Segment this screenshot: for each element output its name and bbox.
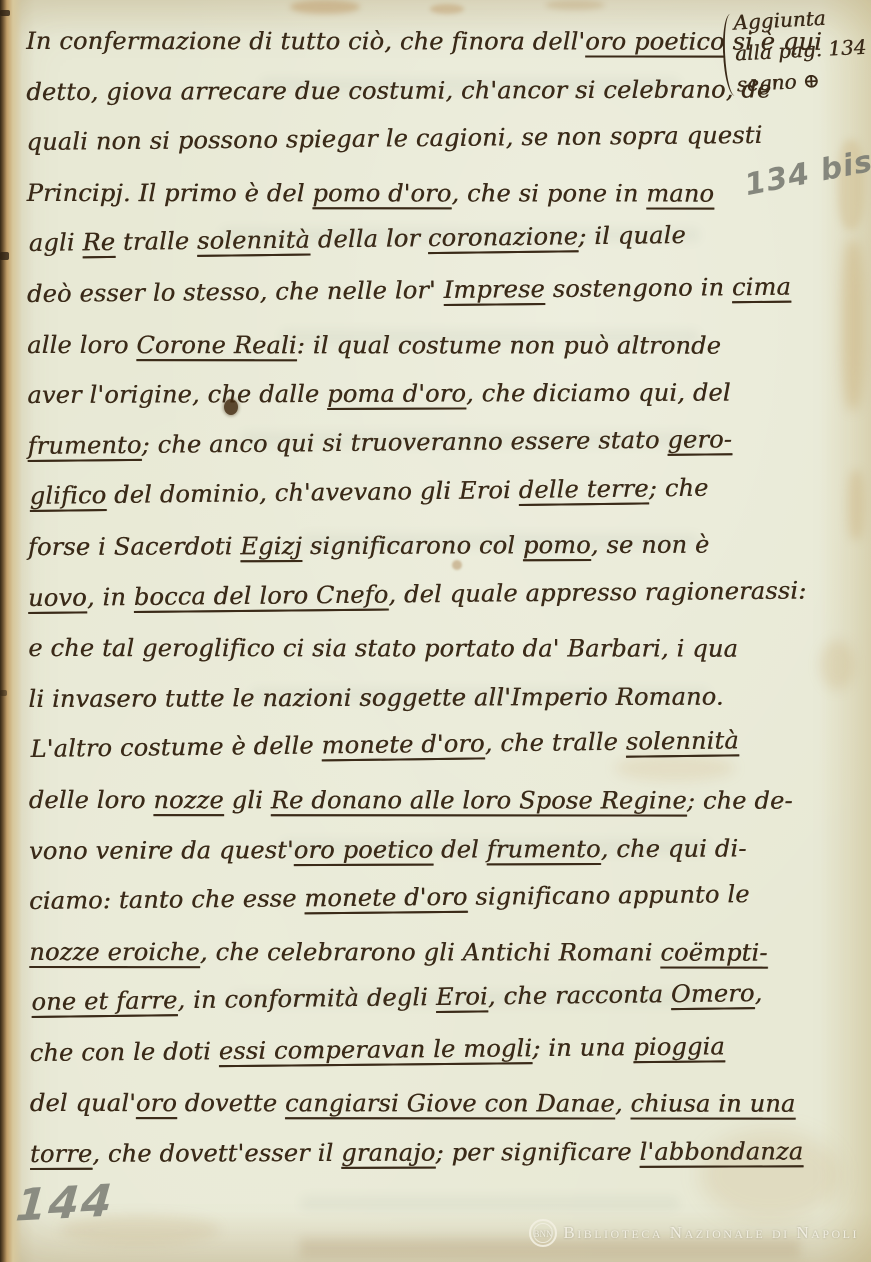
manuscript-line: glifico del dominio, ch'avevano gli Eroi… (29, 461, 854, 522)
underlined-word: Egizj (240, 532, 302, 560)
underlined-word: oro (136, 1090, 177, 1118)
ink-blot (224, 399, 238, 415)
underlined-word: frumento (27, 431, 141, 460)
underlined-word: gero- (667, 425, 732, 454)
manuscript-text: In confermazione di tutto ciò, che finor… (26, 13, 854, 1180)
manuscript-line: uovo, in bocca del loro Cnefo, del quale… (28, 565, 852, 624)
underlined-word: cima (732, 273, 791, 302)
underlined-word: granajo (341, 1139, 435, 1167)
underlined-word: Eroi (436, 983, 488, 1012)
underlined-word: solennità (197, 226, 310, 255)
underlined-word: Corone Reali (136, 331, 296, 359)
underlined-word: pomo d'oro (312, 179, 451, 207)
library-stamp: BNN Biblioteca Nazionale di Napoli (528, 1218, 859, 1248)
manuscript-line: vono venire da quest'oro poetico del fru… (29, 823, 853, 876)
margin-note: Aggiunta alla pag. 134 segno ⊕ (733, 1, 871, 101)
underlined-word: Imprese (443, 275, 544, 304)
manuscript-line: L'altro costume è delle monete d'oro, ch… (30, 714, 855, 775)
stain (430, 4, 464, 14)
underlined-word: frumento (487, 834, 601, 862)
underlined-word: essi comperavan le mogli (219, 1034, 533, 1065)
underlined-word: l'abbondanza (639, 1137, 803, 1166)
manuscript-line: torre, che dovett'esser il granajo; per … (30, 1126, 854, 1179)
manuscript-line: alle loro Corone Reali: il qual costume … (27, 320, 851, 371)
binding-edge (0, 0, 22, 1262)
underlined-word: solennità (626, 727, 739, 756)
underlined-word: one et farre (31, 986, 177, 1016)
underlined-word: poma d'oro (327, 380, 466, 408)
underlined-word: cangiarsi Giove con Danae (285, 1090, 615, 1118)
underlined-word: delle terre (518, 475, 648, 505)
manuscript-line: che con le doti essi comperavan le mogli… (29, 1020, 853, 1079)
manuscript-line: del qual'oro dovette cangiarsi Giove con… (30, 1078, 854, 1129)
manuscript-line: agli Re tralle solennità della lor coron… (28, 208, 853, 269)
underlined-word: monete d'oro (304, 883, 467, 913)
manuscript-line: delle loro nozze gli Re donano alle loro… (29, 775, 853, 826)
monogram-letters: BNN (534, 1229, 554, 1239)
underlined-word: Re (82, 228, 115, 256)
underlined-word: pioggia (633, 1032, 725, 1061)
manuscript-line: deò esser lo stesso, che nelle lor' Impr… (27, 261, 851, 320)
underlined-word: glifico (30, 481, 107, 510)
underlined-word: bocca del loro Cnefo (134, 580, 389, 610)
underlined-word: Re donano alle loro Spose Regine (271, 786, 687, 814)
manuscript-line: e che tal geroglifico ci sia stato porta… (28, 623, 852, 674)
underlined-word: chiusa in una (630, 1090, 795, 1118)
show-through-streak (300, 1196, 680, 1210)
underlined-word: nozze eroiche (29, 938, 200, 966)
underlined-word: coëmpti- (660, 938, 767, 966)
stain (545, 0, 605, 10)
manuscript-page: In confermazione di tutto ciò, che finor… (0, 0, 871, 1262)
underlined-word: monete d'oro (321, 730, 484, 760)
underlined-word: nozze (153, 786, 223, 814)
underlined-word: Omero (671, 979, 755, 1008)
underlined-word: uovo (28, 583, 87, 612)
underlined-word: oro poetico (294, 835, 434, 863)
underlined-word: coronazione (428, 223, 579, 253)
margin-note-line: segno ⊕ (736, 62, 871, 100)
library-stamp-monogram-icon: BNN (528, 1218, 558, 1248)
binding-stitch (0, 690, 7, 696)
manuscript-line: ciamo: tanto che esse monete d'oro signi… (29, 868, 853, 927)
underlined-word: oro poetico (585, 27, 724, 55)
stain (290, 0, 360, 14)
manuscript-line: forse i Sacerdoti Egizj significarono co… (28, 519, 852, 572)
underlined-word: torre (30, 1140, 92, 1168)
manuscript-line: quali non si possono spiegar le cagioni,… (26, 109, 850, 168)
underlined-word: pomo (523, 531, 591, 559)
underlined-word: mano (646, 179, 714, 207)
binding-stitch (0, 10, 10, 16)
manuscript-line: one et farre, in conformità degli Eroi, … (31, 967, 856, 1028)
pencil-note-144: 144 (14, 1175, 116, 1231)
library-stamp-text: Biblioteca Nazionale di Napoli (563, 1223, 859, 1243)
binding-stitch (0, 252, 9, 260)
manuscript-line: aver l'origine, che dalle poma d'oro, ch… (27, 367, 851, 420)
